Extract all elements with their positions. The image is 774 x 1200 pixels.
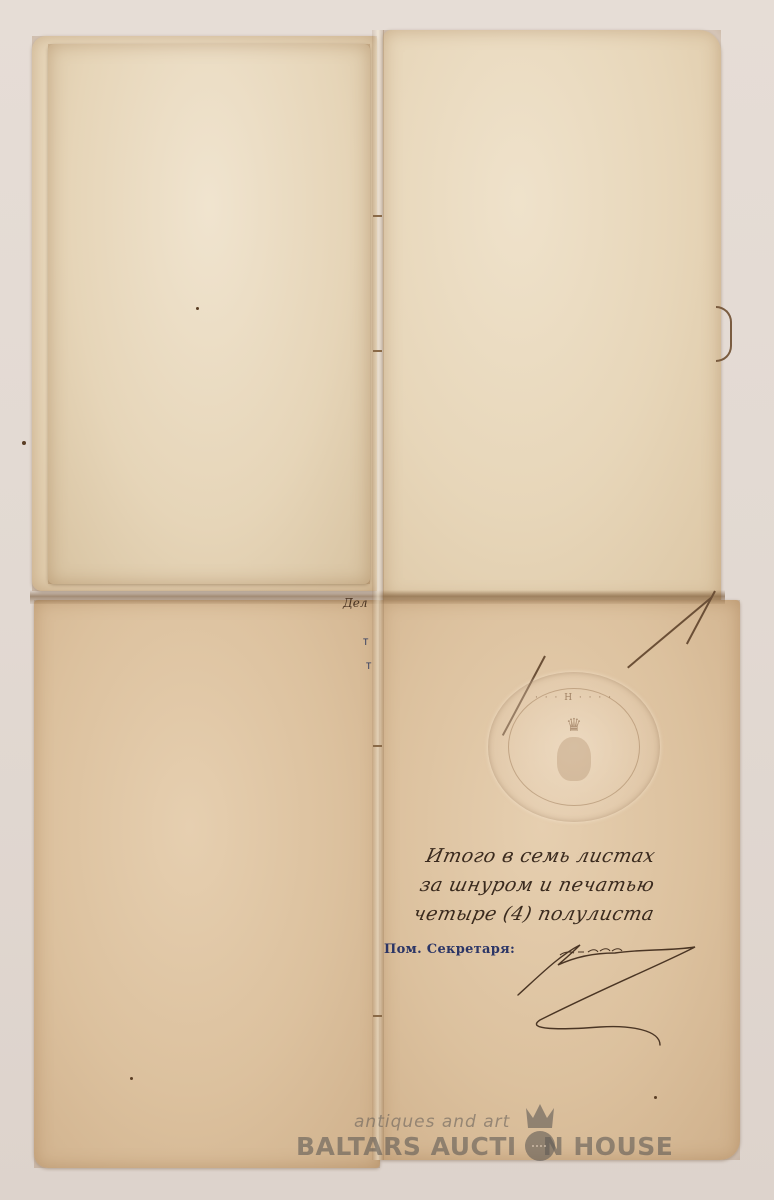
assistant-secretary-label: Пом. Секретаря:	[384, 942, 515, 957]
lion-emblem-icon	[557, 737, 591, 781]
crown-icon: ♛	[566, 715, 582, 736]
certification-line: Итого в семь листах	[423, 842, 749, 871]
embossed-seal: · · · Н · · · · ♛	[488, 672, 660, 822]
top-right-page	[383, 30, 721, 600]
seal-legend: · · · Н · · · ·	[509, 693, 639, 703]
bottom-left-page	[34, 600, 380, 1168]
binding-stitch	[373, 1015, 382, 1017]
certification-text: Итого в семь листах за шнуром и печатью …	[411, 842, 749, 929]
foxing-spot	[654, 1096, 657, 1099]
margin-stamp-glyph: Т	[363, 638, 368, 648]
foxing-spot	[196, 307, 199, 310]
binding-spine	[372, 30, 384, 1160]
foxing-spot	[130, 1077, 133, 1080]
margin-stamp-glyph: Т	[366, 662, 371, 672]
binding-cord-loop	[716, 306, 732, 362]
foxing-spot	[22, 441, 26, 445]
binding-stitch	[373, 215, 382, 217]
binding-stitch	[373, 745, 382, 747]
margin-note-fold: Дел	[343, 596, 368, 610]
top-left-page-layer	[48, 44, 370, 584]
certification-line: за шнуром и печатью	[417, 871, 743, 900]
signature	[500, 935, 720, 1055]
binding-stitch	[373, 350, 382, 352]
certification-line: четыре (4) полулиста	[411, 900, 737, 929]
seal-ring: · · · Н · · · · ♛	[508, 688, 640, 806]
